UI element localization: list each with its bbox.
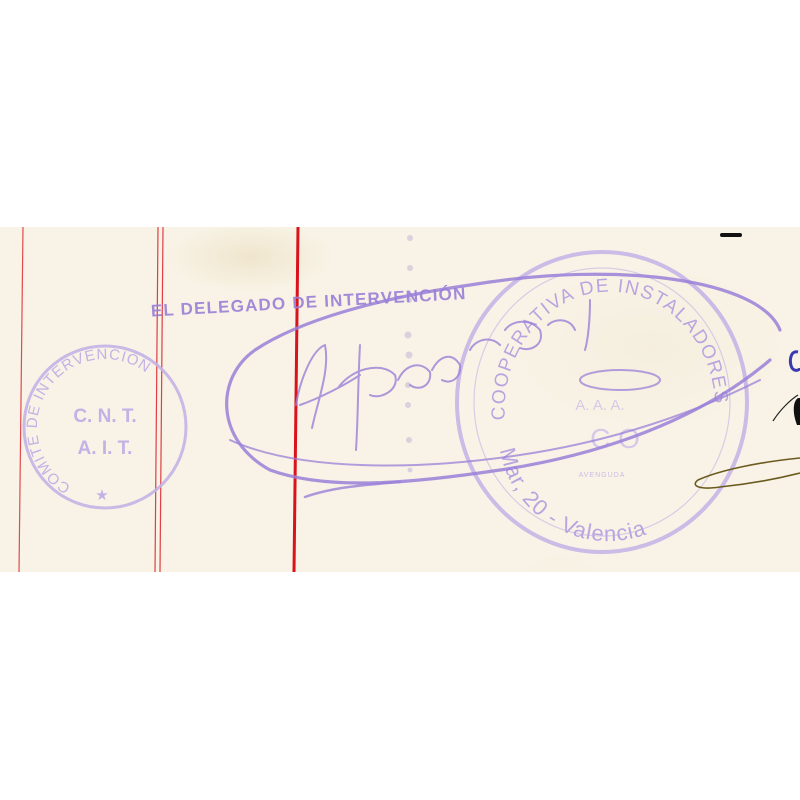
document-paper (0, 227, 800, 572)
